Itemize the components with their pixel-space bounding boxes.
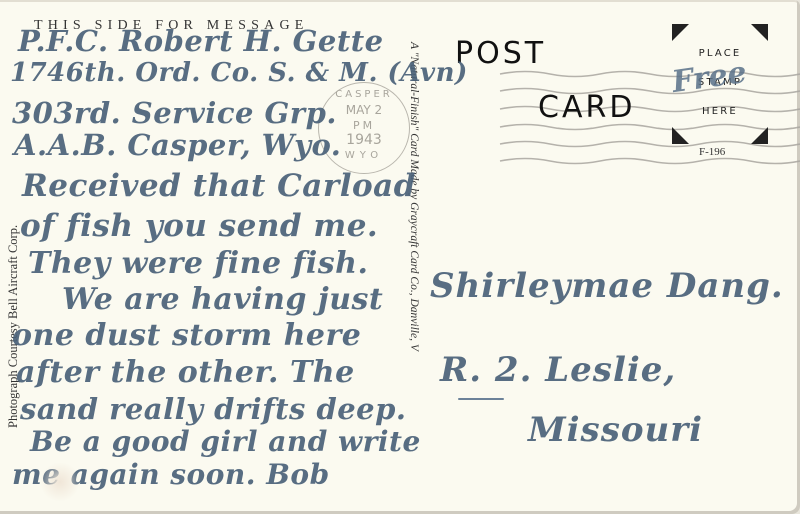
message-line: sand really drifts deep. xyxy=(20,392,407,426)
message-line: after the other. The xyxy=(16,355,355,390)
card-title: CARD xyxy=(538,90,635,125)
message-line: 1746th. Ord. Co. S. & M. (Avn) xyxy=(10,58,468,88)
paper-stain xyxy=(40,462,80,502)
message-line: of fish you send me. xyxy=(20,208,378,244)
message-line: A.A.B. Casper, Wyo. xyxy=(14,128,341,162)
message-line: P.F.C. Robert H. Gette xyxy=(18,24,384,58)
postcard-back: THIS SIDE FOR MESSAGE Photograph Courtes… xyxy=(0,0,800,514)
recipient-state: Missouri xyxy=(528,410,703,450)
address-underline xyxy=(458,398,504,400)
corner-mark-icon xyxy=(751,24,768,41)
corner-mark-icon xyxy=(672,127,689,144)
recipient-name: Shirleymae Dang. xyxy=(430,266,784,306)
message-line: We are having just xyxy=(62,282,383,317)
corner-mark-icon xyxy=(751,127,768,144)
recipient-street: R. 2. Leslie, xyxy=(440,350,676,390)
stamp-label-here: HERE xyxy=(672,106,768,117)
message-line: one dust storm here xyxy=(12,318,361,353)
message-line: Received that Carload xyxy=(22,168,416,204)
form-number: F-196 xyxy=(699,146,725,158)
message-line: 303rd. Service Grp. xyxy=(12,96,337,130)
message-line: They were fine fish. xyxy=(28,246,368,281)
message-line: Be a good girl and write xyxy=(30,425,421,458)
corner-mark-icon xyxy=(672,24,689,41)
post-title: POST xyxy=(455,36,546,71)
